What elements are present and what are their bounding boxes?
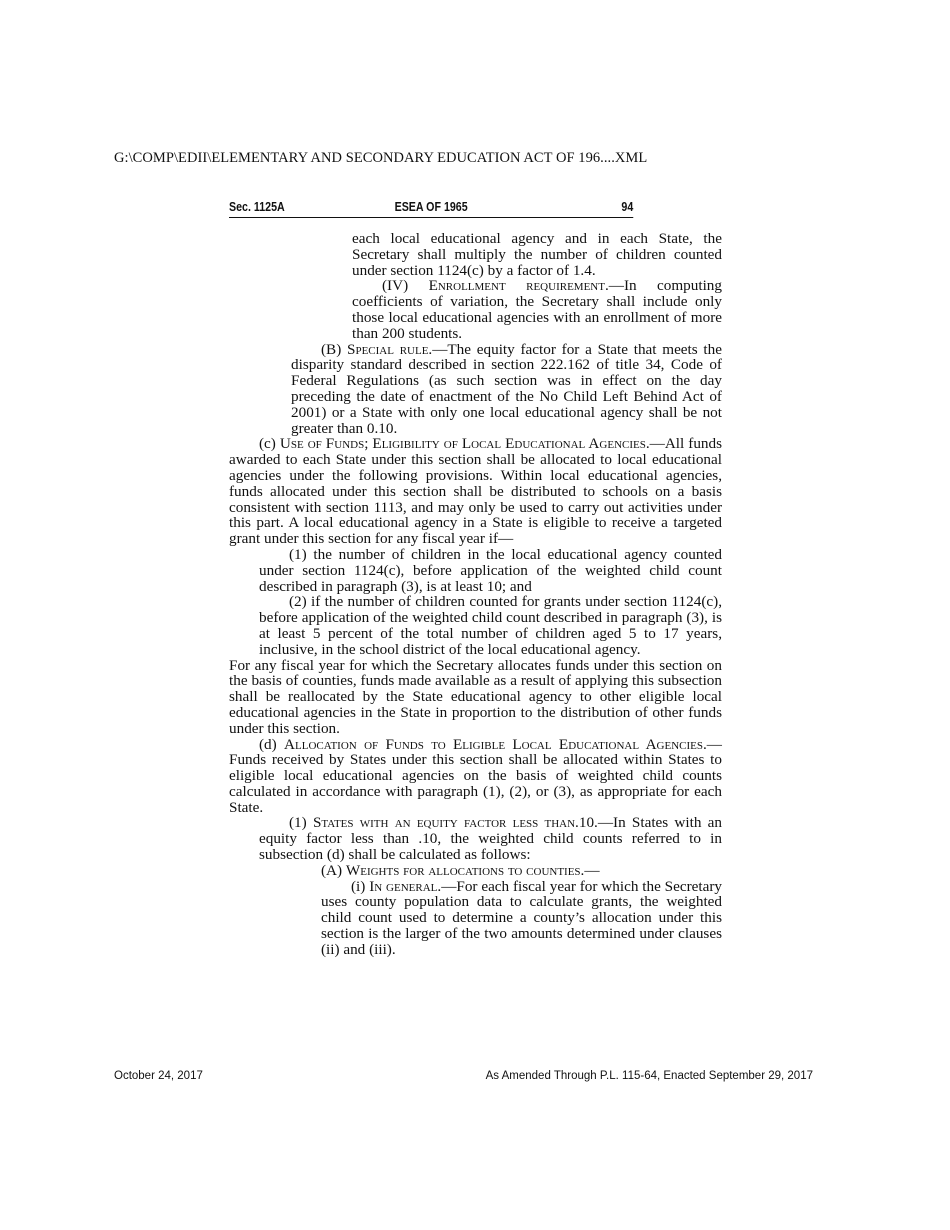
- paragraph-heading: Weights for allocations to counties.: [346, 862, 584, 879]
- paragraph-label: (i): [351, 878, 369, 895]
- document-body: each local educational agency and in eac…: [229, 231, 722, 958]
- paragraph-text: —: [584, 862, 599, 879]
- footer-amended: As Amended Through P.L. 115-64, Enacted …: [486, 1070, 813, 1082]
- paragraph-text: (1) the number of children in the local …: [259, 546, 722, 595]
- paragraph-c1: (1) the number of children in the local …: [229, 547, 722, 594]
- paragraph-heading: Allocation of Funds to Eligible Local Ed…: [284, 736, 707, 753]
- paragraph-label: (1): [289, 814, 313, 831]
- paragraph-iv: (IV) Enrollment requirement.—In computin…: [229, 278, 722, 341]
- paragraph-heading: Enrollment requirement.: [429, 277, 609, 294]
- paragraph-text: For any fiscal year for which the Secret…: [229, 657, 722, 737]
- paragraph-i: (i) In general.—For each fiscal year for…: [229, 879, 722, 958]
- section-number: Sec. 1125A: [229, 199, 285, 214]
- paragraph-continuation: each local educational agency and in eac…: [229, 231, 722, 278]
- paragraph-flush: For any fiscal year for which the Secret…: [229, 658, 722, 737]
- paragraph-label: (B): [321, 341, 347, 358]
- paragraph-c: (c) Use of Funds; Eligibility of Local E…: [229, 436, 722, 547]
- paragraph-A: (A) Weights for allocations to counties.…: [229, 863, 722, 879]
- paragraph-heading: Use of Funds; Eligibility of Local Educa…: [280, 435, 650, 452]
- paragraph-text: —All funds awarded to each State under t…: [229, 435, 722, 547]
- paragraph-heading: States with an equity factor less than.1…: [313, 814, 598, 831]
- page-number: 94: [621, 199, 633, 214]
- paragraph-B: (B) Special rule.—The equity factor for …: [229, 342, 722, 437]
- paragraph-c2: (2) if the number of children counted fo…: [229, 594, 722, 657]
- paragraph-label: (c): [259, 435, 280, 452]
- paragraph-text: each local educational agency and in eac…: [352, 230, 722, 279]
- paragraph-d1: (1) States with an equity factor less th…: [229, 815, 722, 862]
- footer-date: October 24, 2017: [114, 1070, 203, 1082]
- paragraph-label: (A): [321, 862, 346, 879]
- paragraph-heading: Special rule.: [347, 341, 432, 358]
- paragraph-d: (d) Allocation of Funds to Eligible Loca…: [229, 737, 722, 816]
- paragraph-label: (d): [259, 736, 284, 753]
- paragraph-label: (IV): [382, 277, 429, 294]
- document-title: ESEA OF 1965: [395, 199, 468, 214]
- paragraph-heading: In general.: [369, 878, 441, 895]
- running-head: Sec. 1125A ESEA OF 1965 94: [229, 197, 633, 218]
- paragraph-text: (2) if the number of children counted fo…: [259, 593, 722, 657]
- file-path: G:\COMP\EDII\ELEMENTARY AND SECONDARY ED…: [114, 150, 647, 167]
